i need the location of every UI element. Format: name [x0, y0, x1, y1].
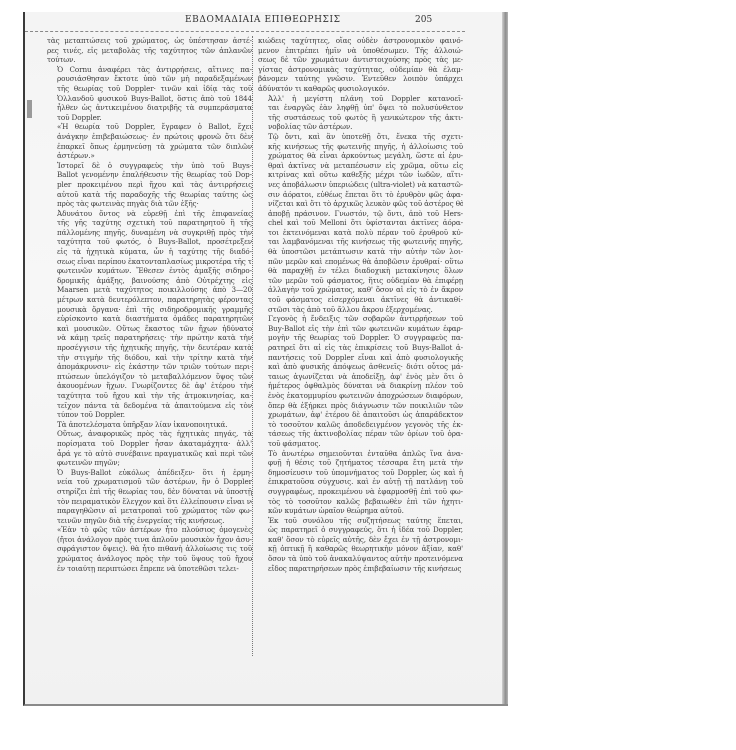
text-line: ἀνάγκην ἐπιβεβαιώσεως· ἐν πρώτοις φρονῶ …: [47, 132, 252, 142]
paragraph: Γεγονὸς ἡ ἔνδειξις τῶν σοβαρῶν ἀντιρρήσε…: [258, 314, 463, 448]
text-line: νίζεται καὶ ὅτι τὸ ἀρχικῶς λευκὸν φῶς το…: [258, 199, 463, 209]
page-number: 205: [415, 15, 432, 25]
text-line: «Ἡ θεωρία τοῦ Doppler, ἔγραφεν ὁ Ballot,…: [47, 122, 252, 132]
text-line: ἡμέτερος ὀφθαλμὸς δύναται νὰ διακρίνῃ πλ…: [258, 381, 463, 391]
text-line: τύπον τοῦ Doppler.: [47, 410, 252, 420]
text-line: Ὁλλανδοῦ φυσικοῦ Buys-Ballot, ὅστις ἀπὸ …: [47, 94, 252, 104]
text-line: ἀλλαγὴν τοῦ χρώματος, καθ' ὅσον αἱ εἰς τ…: [258, 285, 463, 295]
paragraph: «Ἐὰν τὸ φῶς τῶν ἀστέρων ἦτο πλούσιος ὁμο…: [47, 525, 252, 573]
text-line: chel καὶ τοῦ Melloni ὅτι ὑφίστανται ἀκτῖ…: [258, 218, 463, 228]
right-column: κιώδεις ταχύτητες, οἵας οὐδὲν ἀστρονομικ…: [258, 36, 463, 573]
paragraph: Τῷ ὄντι, καὶ ἂν ὑποτεθῇ ὅτι, ἕνεκα τῆς σ…: [258, 132, 463, 314]
header-rule: [25, 31, 465, 32]
page-header: ΕΒΔΟΜΑΔΙΑΙΑ ΕΠΙΘΕΩΡΗΣΙΣ 205: [25, 15, 495, 27]
text-line: αὐτοῦ κατὰ τῆς παραδοχῆς τῆς θεωρίας ταύ…: [47, 190, 252, 200]
text-line: Τῷ ὄντι, καὶ ἂν ὑποτεθῇ ὅτι, ἕνεκα τῆς σ…: [258, 132, 463, 142]
text-line: (ἤτοι ἀνάλογον πρὸς τινα ἁπλοῦν μουσικὸν…: [47, 535, 252, 545]
text-line: pler προκειμένου περὶ ἤχου καὶ τὰς ἀντιρ…: [47, 180, 252, 190]
text-line: ἀποβῇ πράσινον. Γνωστόν, τῷ ὄντι, ἀπὸ το…: [258, 209, 463, 219]
text-line: Buy-Ballot εἰς τὴν ἐπὶ τῶν φωτεινῶν κυμά…: [258, 324, 463, 334]
text-line: προσέγγισιν τῆς ἠχητικῆς πηγῆς, τὴν δευτ…: [47, 343, 252, 353]
text-line: ται ἐναργῶς ἐὰν ληφθῇ ὑπ' ὄψει τὸ πολυσύ…: [258, 103, 463, 113]
text-line: Ὁ Buys-Ballot εὐκόλως ἀπέδειξεν· ὅτι ἡ ἑ…: [47, 468, 252, 478]
text-line: τὸ τοσοῦτον καλῶς ἀποδεδειγμένον γεγονὸς…: [258, 420, 463, 430]
text-line: Ἐκ τοῦ συνόλου τῆς συζητήσεως ταύτης ἕπε…: [258, 516, 463, 526]
text-line: πῶν μερῶν καὶ επομένως θὰ ἀποβῶσιν ἐρυθρ…: [258, 257, 463, 267]
text-line: ἐπικρατοῦσα σύγχυσις. καὶ ἐν αὐτῇ τῇ πατ…: [258, 477, 463, 487]
paragraph: Ἀλλ' ἡ μεγίστη πλάνη τοῦ Doppler κατανοε…: [258, 94, 463, 132]
text-line: σεως εἶναι περίπου ἑκατονταπλασίως μικρο…: [47, 257, 252, 267]
text-line: πτώσεων ὑπελόγιζον τὸ μεταβαλλόμενον ὕψο…: [47, 372, 252, 382]
text-line: φωτεινῶν κυμάτων. Ἔθεσεν ἐντὸς ἁμαξῆς σι…: [47, 266, 252, 276]
text-line: τεινῶν πηγῶν διὰ τῆς ἐνεργείας τῆς κινήσ…: [47, 516, 252, 526]
text-line: χρώματος ἀνάλογος πρὸς τὴν τοῦ ὕψους τοῦ…: [47, 554, 252, 564]
text-line: ἑνὸς ἑκατομμυρίου φωτεινῶν ἀποχρώσεων δι…: [258, 391, 463, 401]
text-line: σφράγιστον ὄψεις). θὰ ἦτο πιθανὴ ἀλλοίωσ…: [47, 544, 252, 554]
running-title: ΕΒΔΟΜΑΔΙΑΙΑ ΕΠΙΘΕΩΡΗΣΙΣ: [185, 15, 341, 25]
text-line: σιν ἀόρατοι, εὐθέως ἕπεται ὅτι τὸ ἐρυθρὸ…: [258, 190, 463, 200]
text-line: ἀδύνατόν τι καθαρῶς φυσιολογικόν.: [258, 84, 463, 94]
text-line: κιώδεις ταχύτητες, οἵας οὐδὲν ἀστρονομικ…: [258, 36, 463, 46]
text-line: Τὸ ἀνωτέρω σημειοῦνται ἐνταῦθα ἁπλῶς ἵνα…: [258, 449, 463, 459]
text-line: Ballot γενομένην ἐπαλήθευσιν τῆς θεωρίας…: [47, 170, 252, 180]
text-line: κῆς κινήσεως τῆς φωτεινῆς πηγῆς, ἡ ἀλλοί…: [258, 142, 463, 152]
text-line: γίστας ἀστρονομικὰς ταχύτητας, οὐδεμίαν …: [258, 65, 463, 75]
text-line: ἆρά γε τὸ αὐτὸ συνέβαινε πραγματικῶς καὶ…: [47, 449, 252, 459]
text-line: χρωμάτων, ἀφ' ἑτέρου δὲ ἀπαιτοῦσι ὡς ἀπα…: [258, 410, 463, 420]
text-line: τῶν μερῶν τοῦ φάσματος, ἥτις οὐδεμίαν θὰ…: [258, 276, 463, 286]
text-line: «Ἐὰν τὸ φῶς τῶν ἀστέρων ἦτο πλούσιος ὁμο…: [47, 525, 252, 535]
text-line: Ἱστορεῖ δὲ ὁ συγγραφεὺς τὴν ὑπὸ τοῦ Buys…: [47, 161, 252, 171]
paragraph: Τὰ ἀποτελέσματα ὑπῆρξαν λίαν ἱκανοποιητι…: [47, 420, 252, 430]
text-line: Ἀλλ' ἡ μεγίστη πλάνη τοῦ Doppler κατανοε…: [258, 94, 463, 104]
text-line: νες ἀποβάλωσιν ὑπεριώδεις (ultra-violet)…: [258, 180, 463, 190]
text-line: σεως δὲ τῶν χρωμάτων ἀντιστοιχούσης πρὸς…: [258, 55, 463, 65]
text-line: τοῦ Doppler.: [47, 113, 252, 123]
column-divider: [252, 36, 253, 656]
text-line: κῶν κυμάτων ὡραῖον θεώρημα αὐτοῦ.: [258, 506, 463, 516]
text-line: Τὰ ἀποτελέσματα ὑπῆρξαν λίαν ἱκανοποιητι…: [47, 420, 252, 430]
text-line: στῶσι τὰς ἀπὸ τοῦ ἄλλου ἄκρου ἐξερχομένα…: [258, 305, 463, 315]
text-line: μενον ἐπιτρέπει ἡμῖν νὰ ὑποθέσωμεν. Τῆς …: [258, 46, 463, 56]
text-line: Γεγονὸς ἡ ἔνδειξις τῶν σοβαρῶν ἀντιρρήσε…: [258, 314, 463, 324]
text-line: ταχύτητα τοῦ ἤχου καὶ τὴν τῆς ἀτμοκινησί…: [47, 391, 252, 401]
text-line: στηρίζει ἐπὶ τῆς θεωρίας του, δὲν δύνατα…: [47, 487, 252, 497]
left-column: τὰς μεταπτώσεις τοῦ χρώματος, ὡς ὑπέστησ…: [47, 36, 252, 573]
paragraph: «Ἡ θεωρία τοῦ Doppler, ἔγραφεν ὁ Ballot,…: [47, 122, 252, 160]
text-line: τὸς τὸ τοσοῦτον καλῶς βεβαιωθὲν ἐπὶ τῶν …: [258, 497, 463, 507]
text-line: ταχύτητα τοῦ φωτός, ὁ Buys-Ballot, προσέ…: [47, 237, 252, 247]
text-line: νοβολίας τῶν ἀστέρων.: [258, 122, 463, 132]
paragraph: Τὸ ἀνωτέρω σημειοῦνται ἐνταῦθα ἁπλῶς ἵνα…: [258, 449, 463, 516]
paragraph: Ὁ Buys-Ballot εὐκόλως ἀπέδειξεν· ὅτι ἡ ἑ…: [47, 468, 252, 526]
text-line: πρὸς τὰς φωτεινὰς πηγὰς διὰ τῶν ἑξῆς·: [47, 199, 252, 209]
text-line: κιτρίνας καὶ οὕτω καθεξῆς μέχρι τῶν ἰωδῶ…: [258, 170, 463, 180]
text-line: φωτεινῶν πηγῶν;: [47, 458, 252, 468]
text-line: εἰς τὰ ἠχητικὰ κύματα, ὧν ἡ ταχύτης τῆς …: [47, 247, 252, 257]
text-line: νὰ κάμῃ τρεῖς παρατηρήσεις· τὴν πρώτην κ…: [47, 333, 252, 343]
text-line: ἐπαρκεῖ ὅπως ἑρμηνεύσῃ τὰ χρώματα τῶν δι…: [47, 142, 252, 152]
text-line: τῆς συστάσεως τοῦ φωτὸς ἢ γενικώτερον τῆ…: [258, 113, 463, 123]
text-line: καθ' ὅσον τὸ εὑρεῖς αὐτῆς, δὲν ἔχει ἐν τ…: [258, 535, 463, 545]
text-line: θραὶ ἀκτῖνες νὰ μεταπέσωσιν εἰς χρῶμα, ο…: [258, 161, 463, 171]
text-line: ἐν τοιαύτῃ περιπτώσει ἔπρεπε νὰ ὑποτεθῶσ…: [47, 564, 252, 574]
text-line: βάνομεν ταύτης γνῶσιν. Ἐντεῦθεν λοιπὸν ὑ…: [258, 74, 463, 84]
text-line: καὶ μουσικῶν. Οὕτως ἕκαστος τῶν ἤχων ἠδύ…: [47, 324, 252, 334]
text-line: τὸν πειραματικὸν ἔλεγχον καὶ ὅτι ἐλλείπο…: [47, 497, 252, 507]
text-line: θὰ ὑποστῶσι μετάπτωσιν κατὰ τὴν αὐτὴν τῶ…: [258, 247, 463, 257]
text-line: κῇ ὀπτικῇ ἢ καθαρῶς θεωρητικὴν μόνον ἀξί…: [258, 544, 463, 554]
text-line: ταιως ἀγωνίζεται νὰ ἀποδείξῃ, ἀφ' ἑνὸς μ…: [258, 372, 463, 382]
text-line: εἴδος παρατηρήσεων πρὸς ἐπιβεβαίωσιν τῆς…: [258, 564, 463, 574]
text-line: ρουσιάσθησαν ἔκτοτε ὑπὸ τῶν μὴ παραδεξαμ…: [47, 74, 252, 84]
text-line: μουσικὰ ὄργανα· ἐπὶ τῆς σιδηροδρομικῆς γ…: [47, 305, 252, 315]
text-line: τοῦ φάσματος εἰσερχόμεναι ἀκτῖνες θὰ ἀντ…: [258, 295, 463, 305]
paragraph: Οὕτως, ἀναφορικῶς πρὸς τὰς ἠχητικὰς πηγά…: [47, 429, 252, 467]
text-line: δρομικῆς ἁμάξης, βαινούσης ἀπὸ Οὐτρέχτης…: [47, 276, 252, 286]
text-line: ἀκουομένων ἤχων. Γνωρίζοντες δὲ ἀφ' ἑτέρ…: [47, 381, 252, 391]
text-line: ὅσον τὰ ὑπὸ τοῦ ἀνακαλύψαντος αὐτὴν προτ…: [258, 554, 463, 564]
text-line: Maarsen μετὰ ταχύτητος ποικιλλούσης ἀπὸ …: [47, 285, 252, 295]
text-line: χρώματος θὰ εἶναι ἀρκούντως μεγάλη, ὥστε…: [258, 151, 463, 161]
text-line: θὰ παραχθῇ ἐν τέλει διαδοχικὴ μετακίνησι…: [258, 266, 463, 276]
text-line: τὴν στιγμὴν τῆς διόδου, καὶ τὴν τρίτην κ…: [47, 353, 252, 363]
text-line: ρες τινές, εἰς μεταβολὰς τῆς ταχύτητος τ…: [47, 46, 252, 56]
text-line: Ὁ Cornu ἀναφέρει τὰς ἀντιρρήσεις, αἵτινε…: [47, 65, 252, 75]
text-line: πάλλομένης πηγῆς, δυναμένη νὰ συγκριθῇ π…: [47, 228, 252, 238]
text-line: ἦλθεν ὡς ἀντικειμένου διατριβῆς τὰ συμπε…: [47, 103, 252, 113]
text-line: τῆς θεωρίας τοῦ Doppler· τινῶν καὶ ἰδίᾳ …: [47, 84, 252, 94]
text-line: μέτρων κατὰ δευτερόλεπτον, παρατηρητὰς φ…: [47, 295, 252, 305]
text-line: νεία τοῦ χρωματισμοῦ τῶν ἀστέρων, ἣν ὁ D…: [47, 477, 252, 487]
text-line: τῆς γῆς ταχύτης σχετικὴ τοῦ παρατηρητοῦ …: [47, 218, 252, 228]
text-line: δημοσίευσιν τοῦ ὑπομνήματος τοῦ Doppler,…: [258, 468, 463, 478]
page-binding-mark: [27, 100, 32, 118]
text-line: ται λαμβανόμεναι τῆς κινήσεως τῆς φωτειν…: [258, 237, 463, 247]
text-line: πορίσματα τοῦ Doppler ἦσαν ἀκαταμάχητα· …: [47, 439, 252, 449]
text-line: τοῦ φάσματος.: [258, 439, 463, 449]
paragraph: Ἀδυνάτου ὄντος νὰ εὑρεθῇ ἐπὶ τῆς ἐπιφανε…: [47, 209, 252, 420]
text-line: τεῖχον πάντα τὰ δεδομένα τὰ ἀπαιτούμενα …: [47, 401, 252, 411]
text-line: τοι ἐκτεινόμεναι κατὰ πολὺ πέραν τοῦ ἐρυ…: [258, 228, 463, 238]
text-line: ὡς παρατηρεῖ ὁ συγγραφεύς, ὅτι ἡ ἰδέα το…: [258, 525, 463, 535]
paragraph: κιώδεις ταχύτητες, οἵας οὐδὲν ἀστρονομικ…: [258, 36, 463, 94]
text-line: συγγραφέως, προκειμένου νὰ ἐφαρμοσθῇ ἐπὶ…: [258, 487, 463, 497]
text-line: παντήσεις τοῦ Doppler εἶναι καὶ ἀπὸ φυσι…: [258, 353, 463, 363]
text-line: παραγηθῶσιν αἱ μετατροπαὶ τοῦ χρώματος τ…: [47, 506, 252, 516]
text-line: ἀπομάκρυνσιν· εἰς ἑκάστην τῶν τριῶν τούτ…: [47, 362, 252, 372]
paragraph: τὰς μεταπτώσεις τοῦ χρώματος, ὡς ὑπέστησ…: [47, 36, 252, 65]
text-line: ἀστέρων.»: [47, 151, 252, 161]
text-line: μογὴν τῆς θεωρίας τοῦ Doppler. Ὁ συγγραφ…: [258, 333, 463, 343]
paragraph: Ἐκ τοῦ συνόλου τῆς συζητήσεως ταύτης ἕπε…: [258, 516, 463, 574]
text-line: Οὕτως, ἀναφορικῶς πρὸς τὰς ἠχητικὰς πηγά…: [47, 429, 252, 439]
text-line: εὑρίσκοντο κατὰ διαστήματα ὁμάδες παρατη…: [47, 314, 252, 324]
text-line: φυῇ ἡ θέσις τοῦ ζητήματος τέσσαρα ἔτη με…: [258, 458, 463, 468]
text-line: Ἀδυνάτου ὄντος νὰ εὑρεθῇ ἐπὶ τῆς ἐπιφανε…: [47, 209, 252, 219]
scanned-page: ΕΒΔΟΜΑΔΙΑΙΑ ΕΠΙΘΕΩΡΗΣΙΣ 205 τὰς μεταπτώσ…: [23, 12, 508, 706]
text-line: τὰς μεταπτώσεις τοῦ χρώματος, ὡς ὑπέστησ…: [47, 36, 252, 46]
text-line: τούτων.: [47, 55, 252, 65]
text-line: τάσεως τῆς ἀκτινοβολίας πέραν τῶν ὁρίων …: [258, 429, 463, 439]
text-line: ρατηρεῖ ὅτι αἱ εἰς τὰς ἐπικρίσεις τοῦ Bu…: [258, 343, 463, 353]
paragraph: Ἱστορεῖ δὲ ὁ συγγραφεὺς τὴν ὑπὸ τοῦ Buys…: [47, 161, 252, 209]
text-line: καὶ ἀπὸ φυσικῆς ἀπόψεως ἀσθενεῖς· διότι …: [258, 362, 463, 372]
paragraph: Ὁ Cornu ἀναφέρει τὰς ἀντιρρήσεις, αἵτινε…: [47, 65, 252, 123]
text-line: ὅπερ θὰ ἐξήρκει πρὸς διάγνωσιν τῶν ποικι…: [258, 401, 463, 411]
